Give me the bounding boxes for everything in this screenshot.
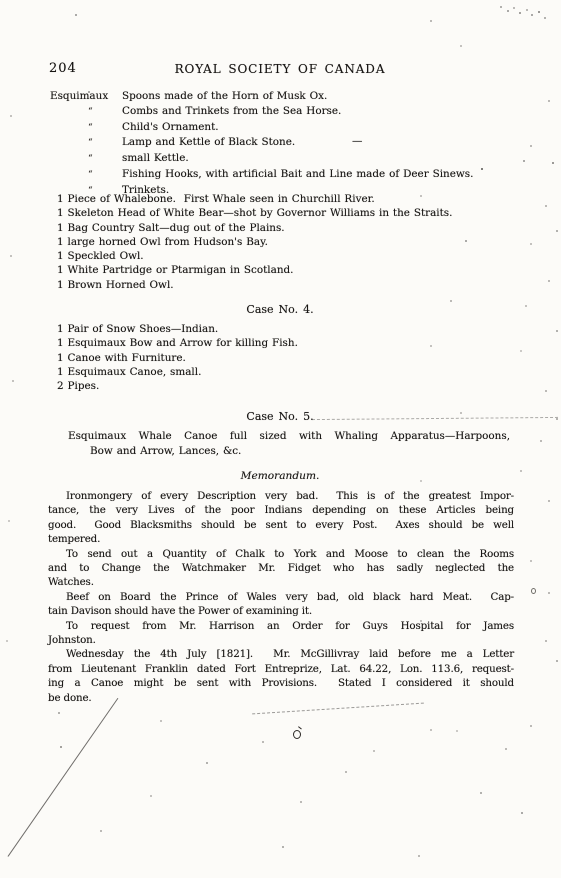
case-5-line: Bow and Arrow, Lances, &c. [48, 444, 510, 459]
inventory-row: “Fishing Hooks, with artificial Bait and… [50, 167, 530, 183]
specimen-list: 1 Piece of Whalebone. First Whale seen i… [57, 192, 452, 292]
case-4-item: 1 Esquimaux Canoe, small. [57, 365, 298, 379]
memorandum-paragraph: Ironmongery of every Description very ba… [48, 489, 514, 547]
memo-line: Ironmongery of every Description very ba… [48, 489, 514, 503]
inventory-item: Spoons made of the Horn of Musk Ox. [122, 90, 327, 102]
specimen-item: 1 Skeleton Head of White Bear—shot by Go… [57, 206, 452, 220]
case-5-body: Esquimaux Whale Canoe full sized with Wh… [48, 429, 510, 459]
inventory-row: “Lamp and Kettle of Black Stone. [50, 135, 530, 151]
memorandum-paragraph: To send out a Quantity of Chalk to York … [48, 547, 514, 590]
specimen-item: 1 large horned Owl from Hudson's Bay. [57, 235, 452, 249]
memo-line: Beef on Board the Prince of Wales very b… [48, 590, 514, 604]
case-4-item: 1 Pair of Snow Shoes—Indian. [57, 322, 298, 336]
memo-line: tain Davison should have the Power of ex… [48, 604, 514, 618]
inventory-first-row: EsquimauxSpoons made of the Horn of Musk… [50, 89, 530, 104]
case-5-heading: Case No. 5. [48, 410, 512, 423]
inventory-row: “Child's Ornament. [50, 120, 530, 136]
memorandum-body: Ironmongery of every Description very ba… [48, 489, 514, 705]
inventory-owner-label: Esquimaux [50, 89, 122, 104]
inventory-item: Lamp and Kettle of Black Stone. [122, 136, 295, 148]
inventory-row: “Combs and Trinkets from the Sea Horse. [50, 104, 530, 120]
memorandum-paragraph: Beef on Board the Prince of Wales very b… [48, 590, 514, 619]
running-title: ROYAL SOCIETY OF CANADA [48, 62, 512, 76]
specimen-item: 1 Brown Horned Owl. [57, 278, 452, 292]
memorandum-heading: Memorandum. [48, 470, 512, 482]
memo-line: tance, the very Lives of the poor Indian… [48, 503, 514, 517]
memo-line: tempered. [48, 532, 514, 546]
case-4-item: 1 Canoe with Furniture. [57, 351, 298, 365]
scratch-line-artifact [7, 698, 118, 857]
scanned-book-page: 204 ROYAL SOCIETY OF CANADA EsquimauxSpo… [0, 0, 561, 878]
ink-circle-artifact [531, 588, 536, 594]
memo-line: good. Good Blacksmiths should be sent to… [48, 518, 514, 532]
memorandum-paragraph: To request from Mr. Harrison an Order fo… [48, 619, 514, 648]
ditto-mark: “ [50, 105, 122, 120]
specimen-item: 1 Bag Country Salt—dug out of the Plains… [57, 221, 452, 235]
scan-speckles [0, 0, 2, 2]
memo-line: Watches. [48, 575, 514, 589]
case-4-heading: Case No. 4. [48, 303, 512, 316]
memorandum-paragraph: Wednesday the 4th July [1821]. Mr. McGil… [48, 647, 514, 705]
memo-line: Johnston. [48, 633, 514, 647]
memo-line: and to Change the Watchmaker Mr. Fidget … [48, 561, 514, 575]
inventory-list: EsquimauxSpoons made of the Horn of Musk… [50, 89, 530, 199]
inventory-row: “small Kettle. [50, 151, 530, 167]
case-4-item: 2 Pipes. [57, 379, 298, 393]
case-4-item: 1 Esquimaux Bow and Arrow for killing Fi… [57, 336, 298, 350]
ditto-mark: “ [50, 136, 122, 151]
specimen-item: 1 Speckled Owl. [57, 249, 452, 263]
memo-line: Wednesday the 4th July [1821]. Mr. McGil… [48, 647, 514, 661]
ditto-mark: “ [50, 168, 122, 183]
stray-dash-mark: — [352, 135, 362, 147]
inventory-item: Child's Ornament. [122, 121, 219, 133]
inventory-ditto-rows: “Combs and Trinkets from the Sea Horse.“… [50, 104, 530, 199]
inventory-item: Combs and Trinkets from the Sea Horse. [122, 105, 341, 117]
memo-line: ing a Canoe might be sent with Provision… [48, 676, 514, 690]
case-5-line: Esquimaux Whale Canoe full sized with Wh… [48, 429, 510, 444]
memo-line: To request from Mr. Harrison an Order fo… [48, 619, 514, 633]
memo-line: from Lieutenant Franklin dated Fort Entr… [48, 662, 514, 676]
specimen-item: 1 White Partridge or Ptarmigan in Scotla… [57, 263, 452, 277]
ink-circle-artifact [293, 730, 301, 739]
specimen-item: 1 Piece of Whalebone. First Whale seen i… [57, 192, 452, 206]
page-header: 204 ROYAL SOCIETY OF CANADA [48, 61, 512, 79]
ditto-mark: “ [50, 152, 122, 167]
case-4-list: 1 Pair of Snow Shoes—Indian.1 Esquimaux … [57, 322, 298, 393]
inventory-item: Fishing Hooks, with artificial Bait and … [122, 168, 473, 180]
inventory-item: small Kettle. [122, 152, 189, 164]
memo-line: To send out a Quantity of Chalk to York … [48, 547, 514, 561]
ditto-mark: “ [50, 121, 122, 136]
